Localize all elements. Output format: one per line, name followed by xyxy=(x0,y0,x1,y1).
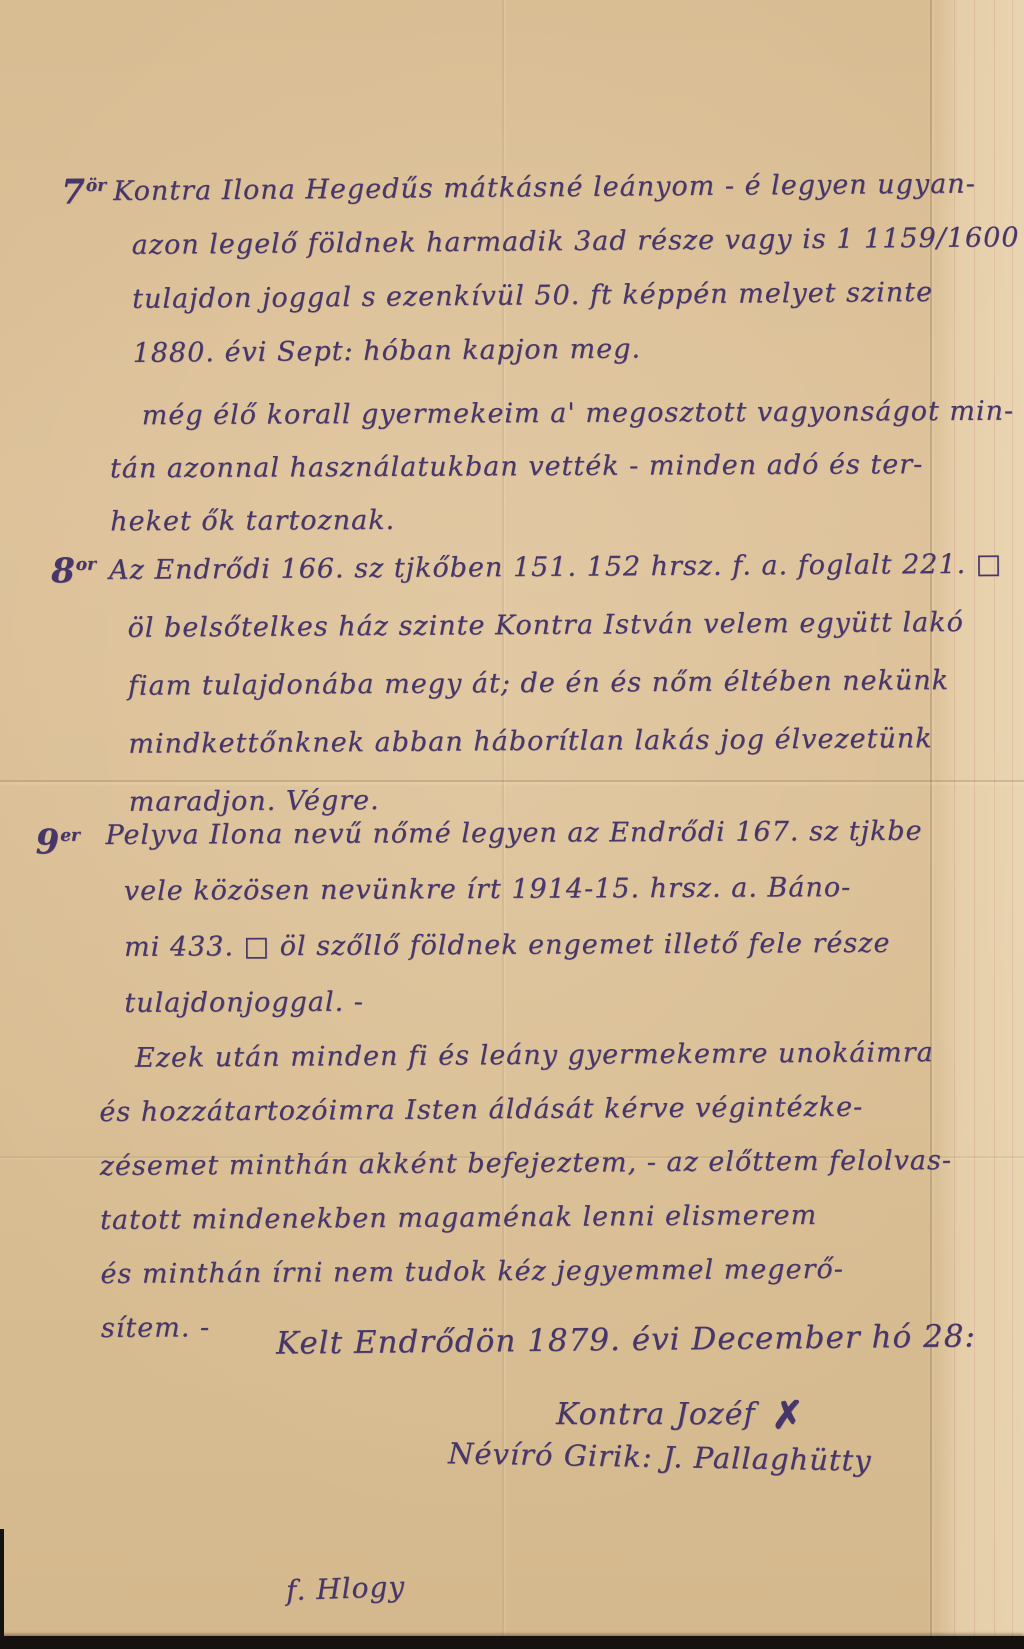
clause-7: 7ör Kontra Ilona Hegedűs mátkásné leányo… xyxy=(61,168,1024,393)
clause-9: 9er Pelyva Ilona nevű nőmé legyen az End… xyxy=(35,816,923,1045)
clause-number: 9 xyxy=(35,822,60,862)
handwritten-line: öl belsőtelkes ház szinte Kontra István … xyxy=(109,607,1003,671)
clause-number-suffix: er xyxy=(60,826,80,846)
handwritten-line: 1880. évi Sept: hóban kapjon meg. xyxy=(114,329,1024,392)
handwritten-line: Ezek után minden fi és leány gyermekemre… xyxy=(99,1037,952,1097)
clause-number-suffix: or xyxy=(76,555,96,575)
handwritten-line: tán azonnal használatukban vették - mind… xyxy=(110,449,1015,507)
paragraph-children-property: még élő korall gyermekeim a' megosztott … xyxy=(110,396,1015,560)
handwritten-line: Kontra Ilona Hegedűs mátkásné leányom - … xyxy=(113,168,1024,231)
clause-7-marker: 7ör xyxy=(61,172,106,212)
handwritten-line: és hozzátartozóimra Isten áldását kérve … xyxy=(99,1091,952,1151)
signature-name: Kontra Jozéf xyxy=(556,1397,756,1432)
handwritten-line: tulajdon joggal s ezenkívül 50. ft képpé… xyxy=(114,276,1024,339)
handwritten-line: és minthán írni nem tudok kéz jegyemmel … xyxy=(100,1253,953,1313)
handwritten-line: fiam tulajdonába megy át; de én és nőm é… xyxy=(110,665,1004,729)
handwritten-line: Az Endrődi 166. sz tjkőben 151. 152 hrsz… xyxy=(109,549,1003,613)
scanned-document-page: 7ör Kontra Ilona Hegedűs mátkásné leányo… xyxy=(0,0,1024,1649)
clause-number-suffix: ör xyxy=(86,176,106,196)
signature-row: Kontra Jozéf✗ xyxy=(556,1392,804,1437)
signature-x-mark: ✗ xyxy=(772,1392,805,1437)
witness-name-writer-line: Névíró Girik: J. Pallaghütty xyxy=(448,1436,872,1477)
scanner-edge-bottom xyxy=(0,1636,1024,1649)
handwritten-line: tulajdonjoggal. - xyxy=(106,984,923,1044)
handwritten-line: vele közösen nevünkre írt 1914-15. hrsz.… xyxy=(106,872,923,932)
handwritten-line: azon legelő földnek harmadik 3ad része v… xyxy=(114,222,1024,285)
clause-8: 8or Az Endrődi 166. sz tjkőben 151. 152 … xyxy=(51,549,1004,846)
corner-note: f. Hlogy xyxy=(285,1570,405,1607)
scanner-edge-left xyxy=(0,1529,4,1649)
handwritten-line: zésemet minthán akként befejeztem, - az … xyxy=(100,1145,953,1205)
clause-8-marker: 8or xyxy=(51,551,96,591)
handwritten-line: még élő korall gyermekeim a' megosztott … xyxy=(110,396,1015,454)
clause-number: 8 xyxy=(51,551,76,591)
handwritten-line: mindkettőnknek abban háborítlan lakás jo… xyxy=(110,723,1004,787)
handwritten-line: Pelyva Ilona nevű nőmé legyen az Endrődi… xyxy=(105,816,922,876)
clause-number: 7 xyxy=(61,172,86,212)
handwritten-line: tatott mindenekben magaménak lenni elism… xyxy=(100,1199,953,1259)
clause-9-marker: 9er xyxy=(35,822,80,862)
closing-paragraph: Ezek után minden fi és leány gyermekemre… xyxy=(99,1037,953,1367)
handwritten-line: mi 433. □ öl szőllő földnek engemet ille… xyxy=(106,928,923,988)
dateline: Kelt Endrődön 1879. évi December hó 28: xyxy=(276,1318,976,1361)
